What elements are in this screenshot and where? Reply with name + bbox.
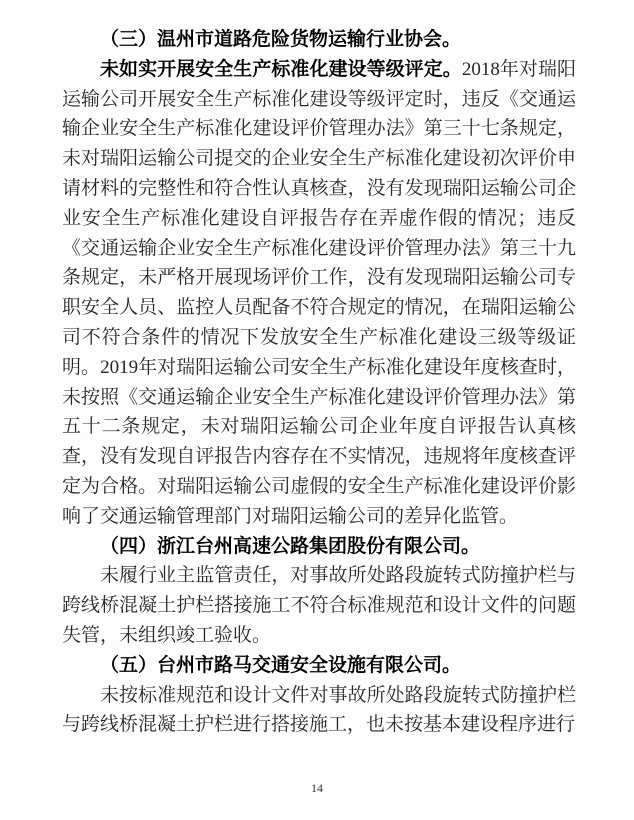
paragraph-bold-lead: 未如实开展安全生产标准化建设等级评定。 — [100, 59, 462, 80]
paragraph-guardrail-construction: 未按标准规范和设计文件对事故所处路段旋转式防撞护栏与跨线桥混凝土护栏进行搭接施工… — [62, 681, 576, 741]
page-number: 14 — [0, 781, 634, 795]
section-heading-luma-traffic-safety: （五）台州市路马交通安全设施有限公司。 — [62, 651, 576, 681]
document-page: （三）温州市道路危险货物运输行业协会。 未如实开展安全生产标准化建设等级评定。2… — [0, 0, 634, 820]
paragraph-standardization-rating: 未如实开展安全生产标准化建设等级评定。2018年对瑞阳运输公司开展安全生产标准化… — [62, 55, 576, 532]
paragraph-body-text: 2018年对瑞阳运输公司开展安全生产标准化建设等级评定时，违反《交通运输企业安全… — [62, 59, 576, 527]
section-heading-taizhou-expressway-group: （四）浙江台州高速公路集团股份有限公司。 — [62, 532, 576, 562]
paragraph-owner-supervision: 未履行业主监管责任，对事故所处路段旋转式防撞护栏与跨线桥混凝土护栏搭接施工不符合… — [62, 561, 576, 650]
section-heading-wenzhou-association: （三）温州市道路危险货物运输行业协会。 — [62, 25, 576, 55]
document-body: （三）温州市道路危险货物运输行业协会。 未如实开展安全生产标准化建设等级评定。2… — [62, 25, 576, 740]
